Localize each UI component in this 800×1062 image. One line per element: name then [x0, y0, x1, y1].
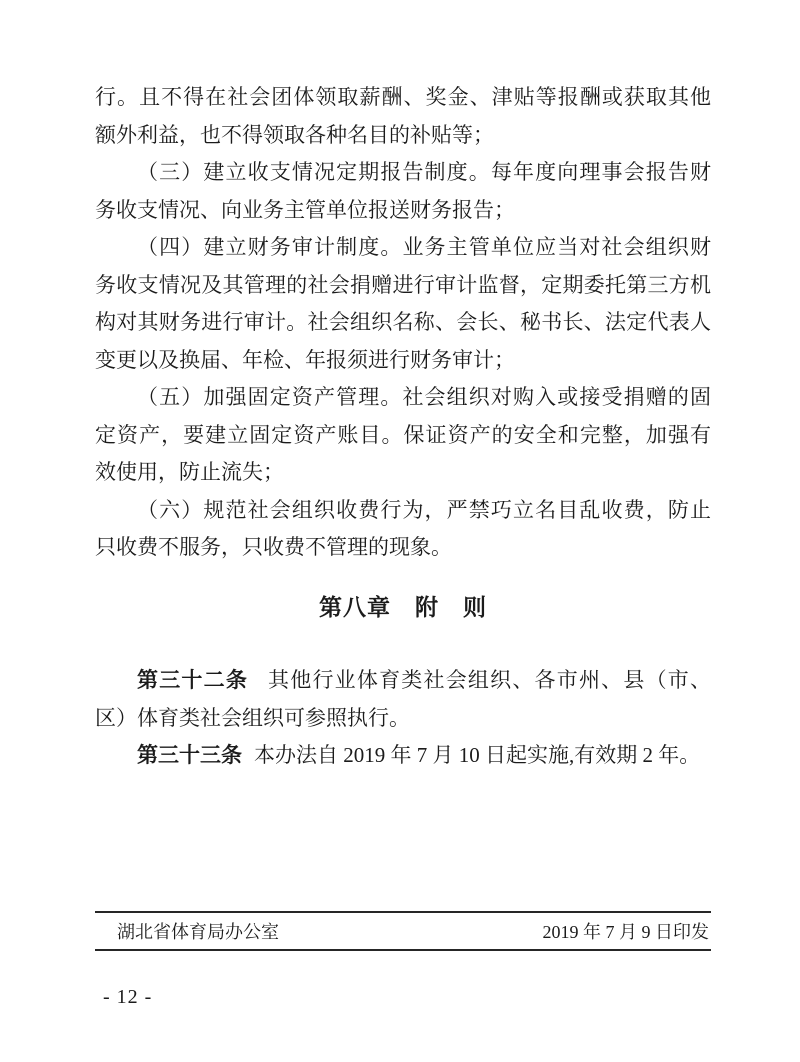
- article-line: 第三十二条其他行业体育类社会组织、各市州、县（市、: [95, 662, 711, 700]
- body-line: （五）加强固定资产管理。社会组织对购入或接受捐赠的固: [95, 379, 711, 417]
- document-page: 行。且不得在社会团体领取薪酬、奖金、津贴等报酬或获取其他 额外利益，也不得领取各…: [0, 0, 800, 1062]
- body-line: 行。且不得在社会团体领取薪酬、奖金、津贴等报酬或获取其他: [95, 79, 711, 117]
- document-body: 行。且不得在社会团体领取薪酬、奖金、津贴等报酬或获取其他 额外利益，也不得领取各…: [95, 79, 711, 775]
- body-line: （六）规范社会组织收费行为，严禁巧立名目乱收费，防止: [95, 492, 711, 530]
- body-line: （四）建立财务审计制度。业务主管单位应当对社会组织财: [95, 229, 711, 267]
- body-line: 务收支情况、向业务主管单位报送财务报告；: [95, 192, 711, 230]
- body-line: （三）建立收支情况定期报告制度。每年度向理事会报告财: [95, 154, 711, 192]
- document-footer: 湖北省体育局办公室 2019 年 7 月 9 日印发: [95, 911, 711, 951]
- body-line: 定资产，要建立固定资产账目。保证资产的安全和完整，加强有: [95, 417, 711, 455]
- page-number: - 12 -: [103, 986, 152, 1009]
- article-line: 第三十三条本办法自 2019 年 7 月 10 日起实施,有效期 2 年。: [95, 737, 711, 775]
- body-line: 额外利益，也不得领取各种名目的补贴等；: [95, 117, 711, 155]
- body-line: 构对其财务进行审计。社会组织名称、会长、秘书长、法定代表人: [95, 304, 711, 342]
- body-line: 只收费不服务，只收费不管理的现象。: [95, 529, 711, 567]
- article-number: 第三十三条: [137, 744, 242, 767]
- chapter-heading: 第八章 附 则: [95, 589, 711, 627]
- body-line: 变更以及换届、年检、年报须进行财务审计；: [95, 342, 711, 380]
- article-number: 第三十二条: [137, 669, 248, 692]
- article-line: 区）体育类社会组织可参照执行。: [95, 700, 711, 738]
- body-line: 效使用，防止流失；: [95, 454, 711, 492]
- article-text: 其他行业体育类社会组织、各市州、县（市、: [268, 668, 711, 692]
- article-text: 本办法自 2019 年 7 月 10 日起实施,有效期 2 年。: [254, 743, 700, 767]
- footer-issuing-office: 湖北省体育局办公室: [117, 918, 279, 944]
- footer-print-date: 2019 年 7 月 9 日印发: [543, 918, 710, 944]
- article-text: 区）体育类社会组织可参照执行。: [95, 706, 410, 730]
- body-line: 务收支情况及其管理的社会捐赠进行审计监督，定期委托第三方机: [95, 267, 711, 305]
